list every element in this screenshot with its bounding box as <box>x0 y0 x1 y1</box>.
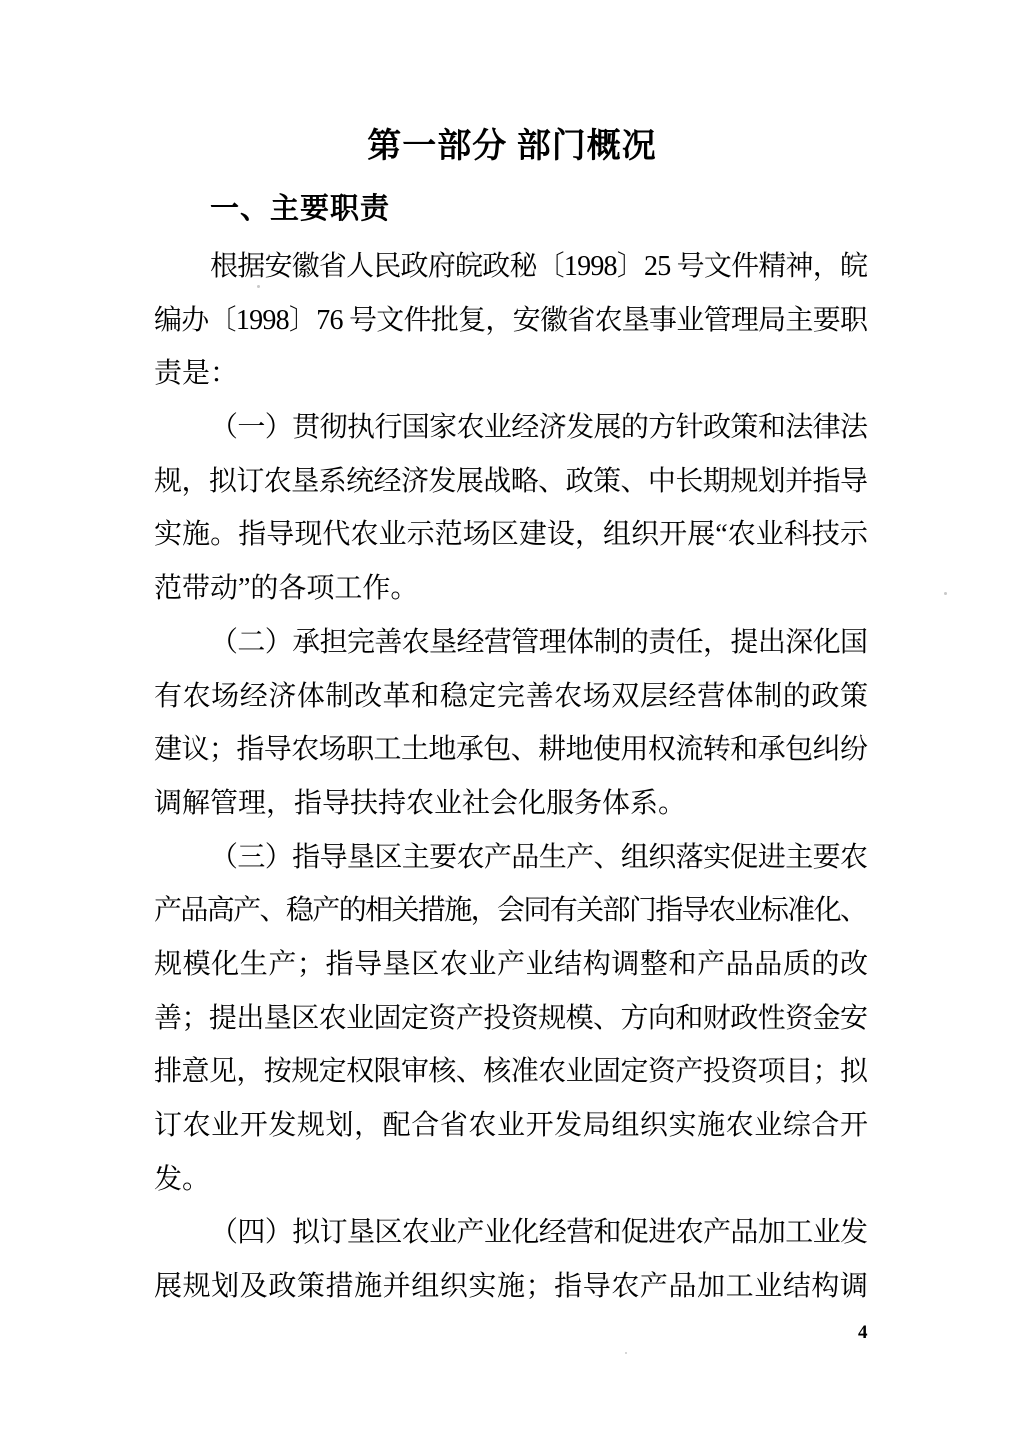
text-line-content: 根据安徽省人民政府皖政秘〔1998〕25 号文件精神，皖 <box>210 240 867 294</box>
text-line-content: 展规划及政策措施并组织实施；指导农产品加工业结构调 <box>154 1260 869 1314</box>
text-line-content: 建议；指导农场职工土地承包、耕地使用权流转和承包纠纷 <box>154 723 867 777</box>
document-title: 第一部分 部门概况 <box>0 118 1024 167</box>
text-line: 责是： <box>154 347 868 401</box>
text-line: 根据安徽省人民政府皖政秘〔1998〕25 号文件精神，皖 <box>154 240 868 294</box>
text-line: 善；提出垦区农业固定资产投资规模、方向和财政性资金安 <box>154 992 868 1046</box>
text-line-content: 产品高产、稳产的相关措施，会同有关部门指导农业标准化、 <box>154 884 866 938</box>
text-line: 发。 <box>154 1153 868 1207</box>
paragraph-duty-4: （四）拟订垦区农业产业化经营和促进农产品加工业发 展规划及政策措施并组织实施；指… <box>154 1206 868 1313</box>
text-line-content: （四）拟订垦区农业产业化经营和促进农产品加工业发 <box>210 1206 867 1260</box>
text-line-content: 订农业开发规划，配合省农业开发局组织实施农业综合开 <box>154 1099 869 1153</box>
text-line-content: 排意见，按规定权限审核、核准农业固定资产投资项目；拟 <box>154 1045 867 1099</box>
text-line: 规，拟订农垦系统经济发展战略、政策、中长期规划并指导 <box>154 455 868 509</box>
page-number: 4 <box>858 1322 868 1344</box>
text-line: 排意见，按规定权限审核、核准农业固定资产投资项目；拟 <box>154 1045 868 1099</box>
document-page: 第一部分 部门概况 一、主要职责 根据安徽省人民政府皖政秘〔1998〕25 号文… <box>0 0 1024 1447</box>
paragraph-intro: 根据安徽省人民政府皖政秘〔1998〕25 号文件精神，皖 编办〔1998〕76 … <box>154 240 868 401</box>
text-line: 规模化生产；指导垦区农业产业结构调整和产品品质的改 <box>154 938 868 992</box>
text-line: （一）贯彻执行国家农业经济发展的方针政策和法律法 <box>154 401 868 455</box>
text-line-content: 责是： <box>154 347 238 401</box>
text-line-content: （一）贯彻执行国家农业经济发展的方针政策和法律法 <box>210 401 867 455</box>
text-line: 范带动”的各项工作。 <box>154 562 868 616</box>
text-line-content: 编办〔1998〕76 号文件批复，安徽省农垦事业管理局主要职 <box>154 294 867 348</box>
text-line: 订农业开发规划，配合省农业开发局组织实施农业综合开 <box>154 1099 868 1153</box>
text-line: 编办〔1998〕76 号文件批复，安徽省农垦事业管理局主要职 <box>154 294 868 348</box>
text-line-content: 发。 <box>154 1153 210 1207</box>
paragraph-duty-3: （三）指导垦区主要农产品生产、组织落实促进主要农 产品高产、稳产的相关措施，会同… <box>154 831 868 1207</box>
body-text: 根据安徽省人民政府皖政秘〔1998〕25 号文件精神，皖 编办〔1998〕76 … <box>154 240 868 1314</box>
scan-speck <box>625 1352 627 1354</box>
scan-speck <box>944 592 947 595</box>
text-line: 产品高产、稳产的相关措施，会同有关部门指导农业标准化、 <box>154 884 868 938</box>
text-line: 有农场经济体制改革和稳定完善农场双层经营体制的政策 <box>154 670 868 724</box>
scan-speck <box>257 285 260 288</box>
text-line-content: 实施。指导现代农业示范场区建设，组织开展“农业科技示 <box>154 508 868 562</box>
text-line-content: 规模化生产；指导垦区农业产业结构调整和产品品质的改 <box>154 938 869 992</box>
text-line: 展规划及政策措施并组织实施；指导农产品加工业结构调 <box>154 1260 868 1314</box>
text-line-content: 调解管理，指导扶持农业社会化服务体系。 <box>154 777 686 831</box>
text-line: （二）承担完善农垦经营管理体制的责任，提出深化国 <box>154 616 868 670</box>
text-line: （三）指导垦区主要农产品生产、组织落实促进主要农 <box>154 831 868 885</box>
text-line-content: 有农场经济体制改革和稳定完善农场双层经营体制的政策 <box>154 670 869 724</box>
text-line-content: 规，拟订农垦系统经济发展战略、政策、中长期规划并指导 <box>154 455 867 509</box>
section-heading: 一、主要职责 <box>210 186 390 227</box>
text-line-content: （二）承担完善农垦经营管理体制的责任，提出深化国 <box>210 616 867 670</box>
text-line: （四）拟订垦区农业产业化经营和促进农产品加工业发 <box>154 1206 868 1260</box>
text-line: 实施。指导现代农业示范场区建设，组织开展“农业科技示 <box>154 508 868 562</box>
text-line: 建议；指导农场职工土地承包、耕地使用权流转和承包纠纷 <box>154 723 868 777</box>
text-line-content: （三）指导垦区主要农产品生产、组织落实促进主要农 <box>210 831 867 885</box>
paragraph-duty-1: （一）贯彻执行国家农业经济发展的方针政策和法律法 规，拟订农垦系统经济发展战略、… <box>154 401 868 616</box>
paragraph-duty-2: （二）承担完善农垦经营管理体制的责任，提出深化国 有农场经济体制改革和稳定完善农… <box>154 616 868 831</box>
text-line-content: 善；提出垦区农业固定资产投资规模、方向和财政性资金安 <box>154 992 867 1046</box>
text-line: 调解管理，指导扶持农业社会化服务体系。 <box>154 777 868 831</box>
text-line-content: 范带动”的各项工作。 <box>154 562 418 616</box>
